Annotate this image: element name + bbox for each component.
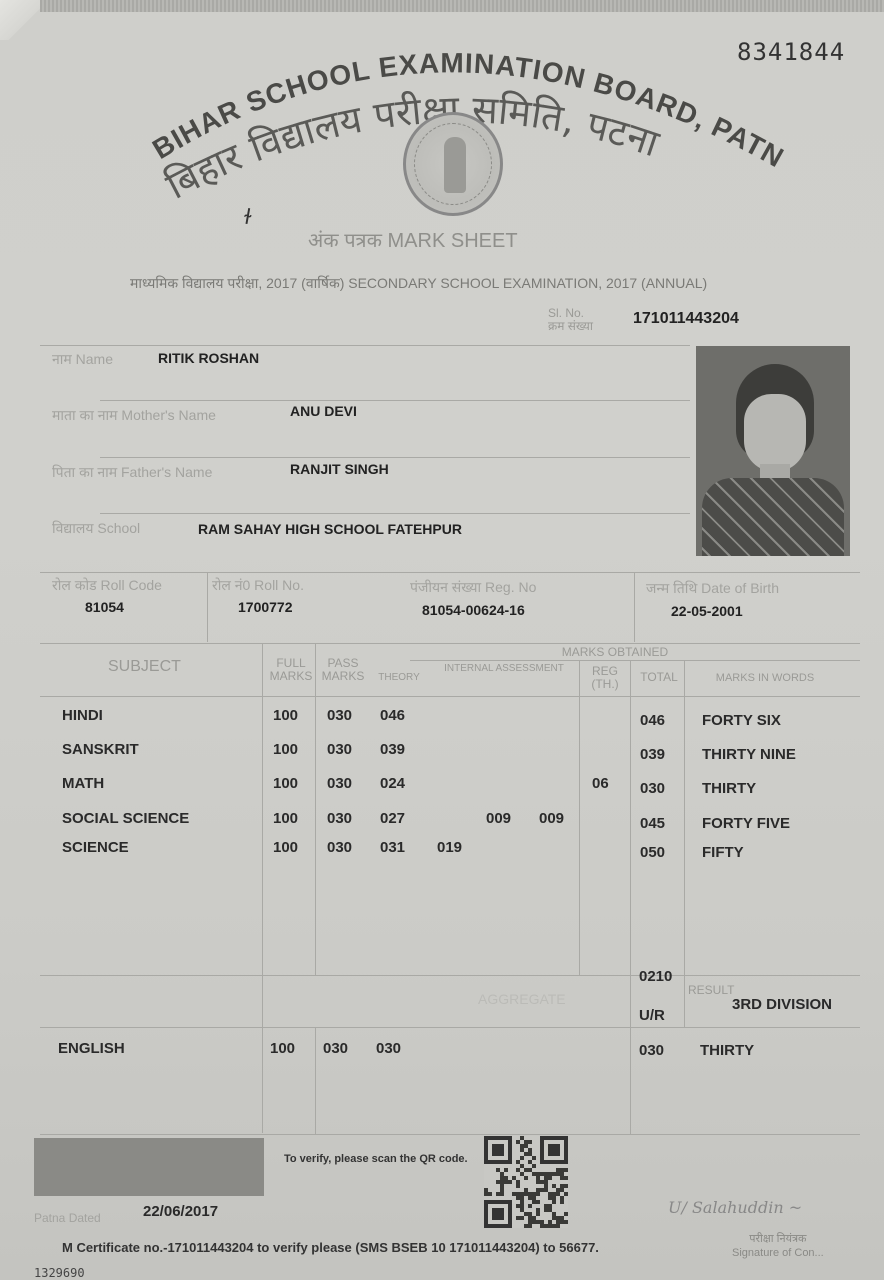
- english-subject: ENGLISH: [58, 1040, 125, 1057]
- header-marks-obtained: MARKS OBTAINED: [555, 646, 675, 659]
- cell-ia1: 019: [437, 839, 462, 856]
- cell-ia3: 009: [539, 810, 564, 827]
- dated-label: Patna Dated: [34, 1211, 101, 1225]
- cell-pass: 030: [327, 810, 352, 827]
- roll-code-label: रोल कोड Roll Code: [52, 576, 162, 595]
- header-subject: SUBJECT: [108, 660, 181, 673]
- cell-pass: 030: [327, 707, 352, 724]
- aggregate-total: 0210: [639, 968, 672, 985]
- controller-signature: U/ Salahuddin ~: [668, 1198, 802, 1217]
- cell-subject: SOCIAL SCIENCE: [62, 810, 189, 827]
- qr-code[interactable]: [484, 1136, 568, 1228]
- cell-full: 100: [273, 839, 298, 856]
- header-full-marks: FULL MARKS: [266, 657, 316, 683]
- header-marks-in-words: MARKS IN WORDS: [700, 672, 830, 685]
- header-internal-assessment: INTERNAL ASSESSMENT: [430, 662, 578, 675]
- paper-edge-strip: [40, 0, 884, 12]
- dob-label: जन्म तिथि Date of Birth: [646, 579, 779, 598]
- cell-pass: 030: [327, 741, 352, 758]
- cell-theory: 039: [380, 741, 405, 758]
- mark-sheet-paper: 8341844 BIHAR SCHOOL EXAMINATION BOARD, …: [0, 0, 884, 1280]
- signature-label: परीक्षा नियंत्रक Signature of Con...: [732, 1232, 824, 1260]
- dated-value: 22/06/2017: [143, 1203, 218, 1220]
- cell-full: 100: [273, 775, 298, 792]
- father-name-label: पिता का नाम Father's Name: [52, 463, 212, 482]
- school-name: RAM SAHAY HIGH SCHOOL FATEHPUR: [198, 521, 462, 537]
- english-pass-marks: 030: [323, 1040, 348, 1057]
- cell-subject: SCIENCE: [62, 839, 129, 856]
- sl-no-label: Sl. No. क्रम संख्या: [548, 307, 593, 333]
- cell-subject: SANSKRIT: [62, 741, 139, 758]
- cell-reg: 06: [592, 775, 609, 792]
- mark-sheet-title: अंक पत्रक MARK SHEET: [308, 226, 518, 253]
- cell-subject: HINDI: [62, 707, 103, 724]
- cell-total: 039: [640, 746, 665, 763]
- cell-theory: 027: [380, 810, 405, 827]
- english-theory: 030: [376, 1040, 401, 1057]
- english-marks-in-words: THIRTY: [700, 1042, 754, 1059]
- board-seal-emblem: [403, 112, 503, 216]
- cell-total: 030: [640, 780, 665, 797]
- cell-total: 045: [640, 815, 665, 832]
- reg-no-label: पंजीयन संख्या Reg. No: [410, 578, 536, 597]
- result-label: RESULT: [688, 984, 734, 997]
- roll-no-label: रोल नं0 Roll No.: [212, 576, 304, 595]
- cell-total: 050: [640, 844, 665, 861]
- father-name: RANJIT SINGH: [290, 461, 389, 477]
- cell-subject: MATH: [62, 775, 104, 792]
- header-pass-marks: PASS MARKS: [318, 657, 368, 683]
- mother-name: ANU DEVI: [290, 403, 357, 419]
- header-reg-th: REG (TH.): [587, 665, 623, 691]
- cell-ia2: 009: [486, 810, 511, 827]
- roll-no: 1700772: [238, 599, 293, 615]
- aggregate-category: U/R: [639, 1007, 665, 1024]
- cell-full: 100: [273, 707, 298, 724]
- header-theory: THEORY: [369, 671, 429, 684]
- cell-words: FORTY SIX: [702, 712, 781, 729]
- name-label: नाम Name: [52, 350, 113, 369]
- cell-total: 046: [640, 712, 665, 729]
- certificate-verify-line: M Certificate no.-171011443204 to verify…: [62, 1240, 599, 1255]
- aggregate-label: AGGREGATE: [478, 993, 566, 1006]
- date-of-birth: 22-05-2001: [671, 603, 743, 619]
- school-label: विद्यालय School: [52, 519, 140, 538]
- cell-pass: 030: [327, 775, 352, 792]
- reg-no: 81054-00624-16: [422, 602, 525, 618]
- sl-no-value: 171011443204: [633, 310, 739, 328]
- cell-theory: 046: [380, 707, 405, 724]
- header-total: TOTAL: [636, 671, 682, 684]
- redacted-region: [34, 1138, 264, 1196]
- english-full-marks: 100: [270, 1040, 295, 1057]
- result-value: 3RD DIVISION: [732, 996, 832, 1013]
- exam-title-line: माध्यमिक विद्यालय परीक्षा, 2017 (वार्षिक…: [130, 274, 707, 293]
- mother-name-label: माता का नाम Mother's Name: [52, 406, 216, 425]
- cell-pass: 030: [327, 839, 352, 856]
- cell-words: FORTY FIVE: [702, 815, 790, 832]
- bottom-serial-number: 1329690: [34, 1266, 85, 1280]
- cell-full: 100: [273, 810, 298, 827]
- cell-words: FIFTY: [702, 844, 744, 861]
- cell-words: THIRTY: [702, 780, 756, 797]
- student-name: RITIK ROSHAN: [158, 350, 259, 366]
- qr-verify-note: To verify, please scan the QR code.: [284, 1153, 468, 1165]
- paper-corner-fold: [0, 0, 40, 40]
- student-photo: [696, 346, 850, 556]
- cell-words: THIRTY NINE: [702, 746, 796, 763]
- roll-code: 81054: [85, 599, 124, 615]
- cell-full: 100: [273, 741, 298, 758]
- cell-theory: 031: [380, 839, 405, 856]
- cell-theory: 024: [380, 775, 405, 792]
- english-total: 030: [639, 1042, 664, 1059]
